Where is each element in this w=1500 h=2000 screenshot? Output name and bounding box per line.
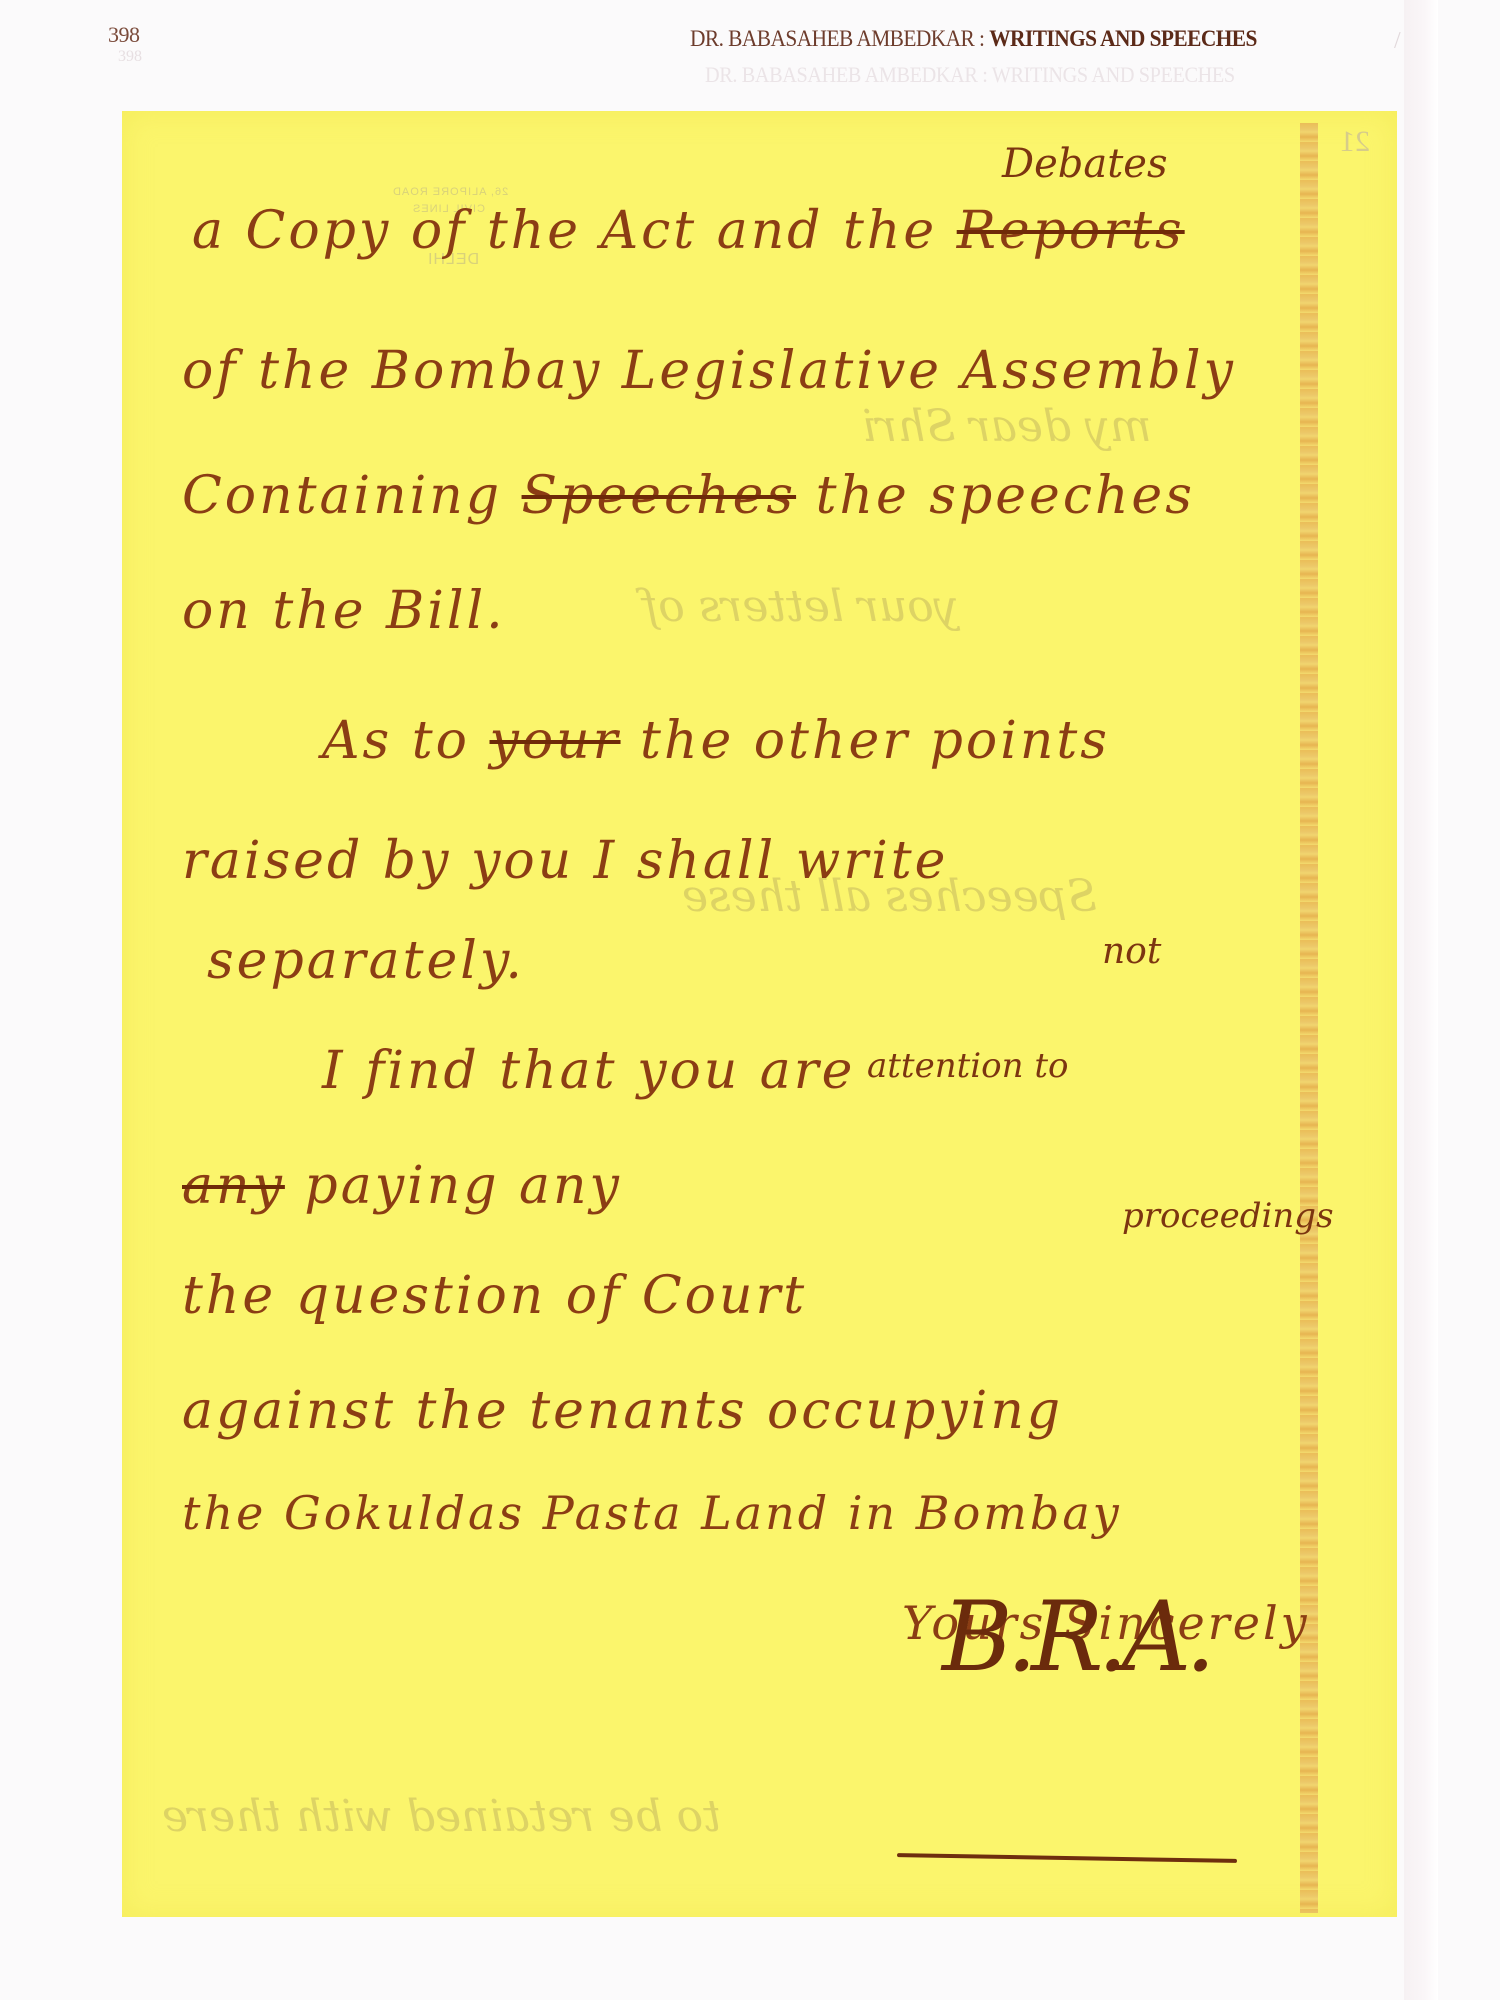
page-number-bleedthrough: 398 — [118, 48, 142, 66]
signature: B.R.A. — [942, 1581, 1210, 1693]
letter-line: of the Bombay Legislative Assembly — [182, 341, 1236, 401]
letter-line: raised by you I shall write — [182, 831, 948, 891]
faint-letterhead-line: 26, ALIPORE ROAD — [392, 186, 508, 198]
letter-line: I find that you are — [322, 1041, 855, 1101]
letter-line: the question of Court — [182, 1266, 807, 1326]
page-number: 398 — [108, 22, 140, 48]
header-divider-mark: / — [1394, 28, 1401, 55]
signature-underline — [897, 1853, 1237, 1863]
letter-line: any paying any — [182, 1156, 622, 1216]
letter-line: the Gokuldas Pasta Land in Bombay — [182, 1486, 1122, 1540]
reverse-side-bleed: to be retained with there — [162, 1791, 721, 1842]
sheet-number-mark: 21 — [1340, 125, 1370, 159]
insertion-attention: attention to — [867, 1046, 1068, 1086]
reverse-side-bleed: your letters of — [642, 581, 959, 632]
page-gutter-shade — [1404, 0, 1438, 2000]
insertion-not: not — [1102, 931, 1161, 972]
letter-line: Containing Speeches the speeches — [182, 466, 1195, 526]
letter-facsimile: 21 26, ALIPORE ROAD CIVIL LINES DELHI my… — [122, 111, 1397, 1917]
letter-line: a Copy of the Act and the Reports — [192, 201, 1185, 261]
running-header-title: WRITINGS AND SPEECHES — [989, 26, 1257, 51]
letter-line: separately. — [207, 931, 525, 991]
reverse-side-bleed: my dear Shri — [862, 401, 1152, 452]
running-header-author: DR. BABASAHEB AMBEDKAR : — [690, 26, 989, 51]
letter-line: against the tenants occupying — [182, 1381, 1063, 1441]
running-header-bleedthrough: DR. BABASAHEB AMBEDKAR : WRITINGS AND SP… — [705, 62, 1235, 88]
insertion-debates: Debates — [1002, 141, 1167, 187]
letter-line: on the Bill. — [182, 581, 506, 641]
insertion-proceedings: proceedings — [1122, 1196, 1334, 1236]
running-header: DR. BABASAHEB AMBEDKAR : WRITINGS AND SP… — [690, 26, 1257, 52]
letter-line: As to your the other points — [322, 711, 1110, 771]
